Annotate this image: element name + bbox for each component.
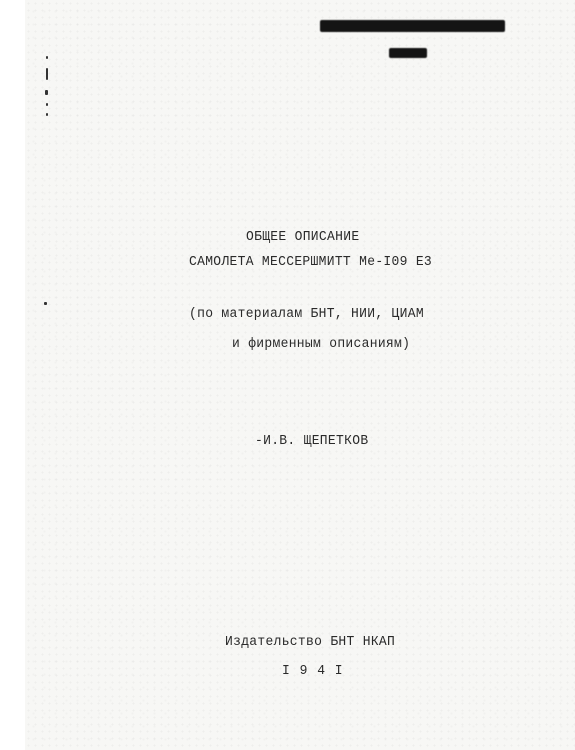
binding-mark [46,113,48,116]
document-subtitle-line-1: (по материалам БНТ, НИИ, ЦИАМ [189,306,424,322]
binding-mark [44,302,47,305]
document-subtitle-line-2: и фирменным описаниям) [232,336,410,352]
binding-mark [45,90,48,95]
document-title-line-2: САМОЛЕТА МЕССЕРШМИТТ Ме-I09 Е3 [189,254,432,270]
binding-mark [46,56,48,59]
binding-mark [46,68,48,80]
document-year: I 9 4 I [282,663,344,679]
document-author: -И.В. ЩЕПЕТКОВ [255,433,368,449]
document-page: ОБЩЕЕ ОПИСАНИЕ САМОЛЕТА МЕССЕРШМИТТ Ме-I… [25,0,575,750]
document-title-line-1: ОБЩЕЕ ОПИСАНИЕ [246,229,359,245]
document-publisher: Издательство БНТ НКАП [225,634,395,650]
redacted-header-mark [389,48,427,58]
binding-mark [46,103,48,106]
redacted-header-stamp [320,20,505,32]
